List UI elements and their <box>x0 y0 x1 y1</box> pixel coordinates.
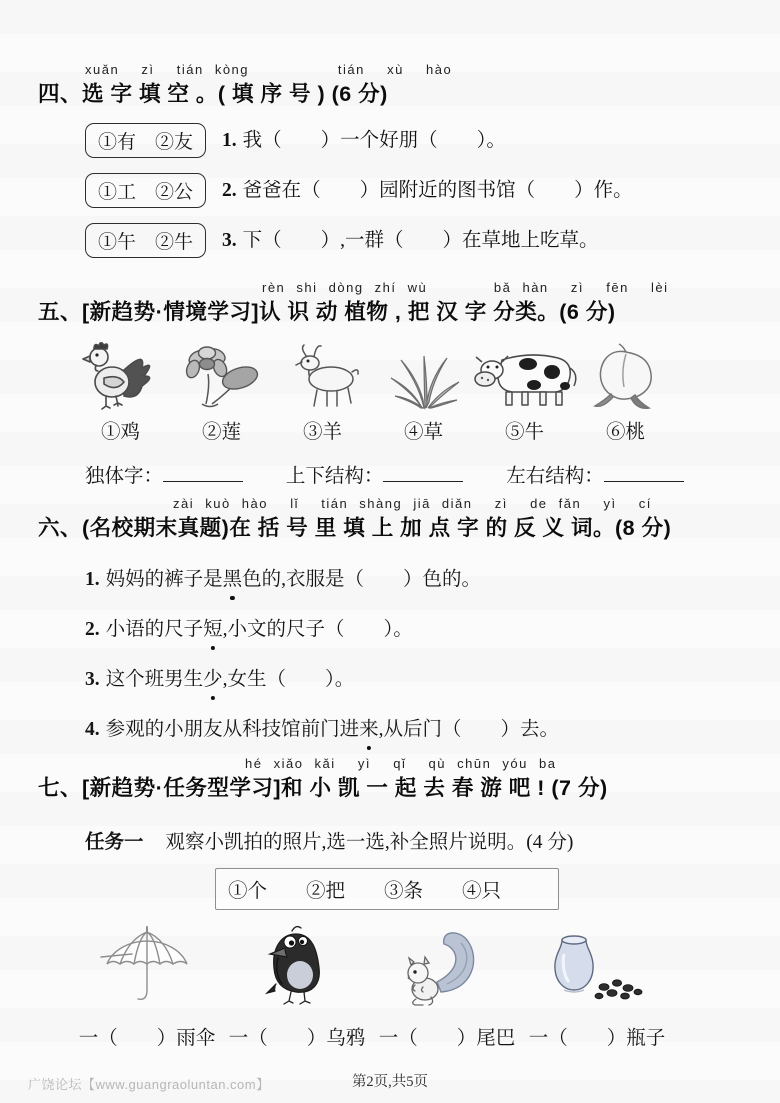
q6-item-1-dotted-char: 黑 <box>223 566 243 594</box>
q7-task-text: 观察小凯拍的照片,选一选,补全照片说明。(4 分) <box>166 832 574 853</box>
q6-item-2-dotted-char: 短 <box>203 616 223 644</box>
q7-photo-vase-label: 一（ ）瓶子 <box>529 1022 666 1050</box>
q6-title: 六、(名校期末真题)在 括 号 里 填 上 加 点 字 的 反 义 词。(8 分… <box>38 514 780 542</box>
q4-row-1: ①有 ②友 1.我（ ）一个好朋（ ）。 <box>85 123 780 158</box>
worksheet-page: xuǎn zì tián kòng tián xù hào 四、选 字 填 空 … <box>0 0 780 1103</box>
q5-picture-goat: ③羊 <box>272 336 373 444</box>
q7-pinyin: hé xiǎo kǎi yì qǐ qù chūn yóu ba <box>245 756 780 772</box>
q6-item-4-dotted-char: 来 <box>359 716 379 744</box>
q5-picture-grass: ④草 <box>373 336 474 444</box>
q4-choice-box-3: ①午 ②牛 <box>85 223 206 258</box>
q6-pinyin: zài kuò hào lǐ tián shàng jiā diǎn zì de… <box>173 496 780 512</box>
q5-pinyin: rèn shi dòng zhí wù bǎ hàn zì fēn lèi <box>262 280 780 296</box>
cow-icon <box>472 336 578 412</box>
section-q5: rèn shi dòng zhí wù bǎ hàn zì fēn lèi 五、… <box>0 280 780 488</box>
q7-photo-umbrella: 一（ ）雨伞 <box>72 920 222 1050</box>
q4-item-1-number: 1. <box>222 130 237 151</box>
q7-photo-crow: 一（ ）乌鸦 <box>222 920 372 1050</box>
section-q4: xuǎn zì tián kòng tián xù hào 四、选 字 填 空 … <box>0 62 780 258</box>
q7-photo-squirrel-label: 一（ ）尾巴 <box>379 1022 516 1050</box>
q5-blank-label-1: 独体字： <box>85 466 163 487</box>
q5-picture-peach-label: ⑥桃 <box>606 416 645 444</box>
q5-blank-label-2: 上下结构： <box>286 466 384 487</box>
q7-photo-squirrel: 一（ ）尾巴 <box>372 920 522 1050</box>
q4-item-3-number: 3. <box>222 230 237 251</box>
q4-choice-box-2: ①工 ②公 <box>85 173 206 208</box>
q5-blank-line-1 <box>163 466 243 482</box>
q5-title: 五、[新趋势·情境学习]认 识 动 植物 , 把 汉 字 分类。(6 分) <box>38 298 780 326</box>
squirrel-icon <box>401 920 493 1008</box>
q5-picture-chicken-label: ①鸡 <box>101 416 140 444</box>
q5-blank-label-3: 左右结构： <box>506 466 604 487</box>
q6-item-4: 4.参观的小朋友从科技馆前门进来,从后门（ ）去。 <box>85 716 780 744</box>
q6-item-1-number: 1. <box>85 569 100 590</box>
q6-item-4-pre: 参观的小朋友从科技馆前门进 <box>106 719 360 740</box>
q7-photo-row: 一（ ）雨伞 <box>72 920 780 1050</box>
q5-picture-chicken: ①鸡 <box>70 336 171 444</box>
peach-icon <box>593 336 659 412</box>
q5-picture-grass-label: ④草 <box>404 416 443 444</box>
section-q6: zài kuò hào lǐ tián shàng jiā diǎn zì de… <box>0 496 780 766</box>
q7-task-label: 任务一 <box>85 832 144 853</box>
q4-row-2: ①工 ②公 2.爸爸在（ ）园附近的图书馆（ ）作。 <box>85 173 780 208</box>
q6-item-3-post: ,女生（ ）。 <box>223 669 355 690</box>
q5-blank-line-2 <box>383 466 463 482</box>
q7-photo-umbrella-label: 一（ ）雨伞 <box>79 1022 216 1050</box>
q4-item-2-text: 爸爸在（ ）园附近的图书馆（ ）作。 <box>243 180 633 201</box>
q5-answer-line: 独体字： 上下结构： 左右结构： <box>85 460 780 488</box>
q6-item-1-pre: 妈妈的裤子是 <box>106 569 223 590</box>
q4-item-1-text: 我（ ）一个好朋（ ）。 <box>243 130 506 151</box>
q5-picture-cow-label: ⑤牛 <box>505 416 544 444</box>
q6-item-3: 3.这个班男生少,女生（ ）。 <box>85 666 780 694</box>
q4-item-3-text: 下（ ）,一群（ ）在草地上吃草。 <box>243 230 599 251</box>
q5-picture-peach: ⑥桃 <box>575 336 676 444</box>
crow-icon <box>261 920 333 1008</box>
page-footer: 广饶论坛【www.guangraoluntan.com】 第2页,共5页 <box>0 1073 780 1093</box>
q6-item-3-number: 3. <box>85 669 100 690</box>
q5-picture-lotus: ②莲 <box>171 336 272 444</box>
q6-item-1-post: 色的,衣服是（ ）色的。 <box>242 569 481 590</box>
q6-item-2-number: 2. <box>85 619 100 640</box>
q4-title: 四、选 字 填 空 。( 填 序 号 ) (6 分) <box>38 80 780 108</box>
grass-icon <box>379 336 469 412</box>
q5-picture-row: ①鸡 <box>70 336 780 444</box>
q6-item-2: 2.小语的尺子短,小文的尺子（ ）。 <box>85 616 780 644</box>
q4-item-2-number: 2. <box>222 180 237 201</box>
q4-pinyin: xuǎn zì tián kòng tián xù hào <box>85 62 780 78</box>
q7-photo-vase: 一（ ）瓶子 <box>522 920 672 1050</box>
q7-choice-box: ①个 ②把 ③条 ④只 <box>215 868 559 910</box>
q5-picture-goat-label: ③羊 <box>303 416 342 444</box>
q6-item-2-pre: 小语的尺子 <box>106 619 204 640</box>
q6-item-4-number: 4. <box>85 719 100 740</box>
q5-picture-cow: ⑤牛 <box>474 336 575 444</box>
footer-page-number: 第2页,共5页 <box>0 1070 780 1091</box>
q6-item-2-post: ,小文的尺子（ ）。 <box>223 619 413 640</box>
q6-item-4-post: ,从后门（ ）去。 <box>379 719 559 740</box>
lotus-icon <box>176 336 268 412</box>
rooster-icon <box>82 336 160 412</box>
goat-icon <box>279 336 367 412</box>
q7-photo-crow-label: 一（ ）乌鸦 <box>229 1022 366 1050</box>
q6-item-3-dotted-char: 少 <box>203 666 223 694</box>
q7-task-line: 任务一观察小凯拍的照片,选一选,补全照片说明。(4 分) <box>85 826 780 854</box>
q6-item-3-pre: 这个班男生 <box>106 669 204 690</box>
q5-picture-lotus-label: ②莲 <box>202 416 241 444</box>
q5-blank-line-3 <box>604 466 684 482</box>
section-q7: hé xiǎo kǎi yì qǐ qù chūn yóu ba 七、[新趋势·… <box>0 756 780 1050</box>
q4-row-3: ①午 ②牛 3.下（ ）,一群（ ）在草地上吃草。 <box>85 223 780 258</box>
q6-item-1: 1.妈妈的裤子是黑色的,衣服是（ ）色的。 <box>85 566 780 594</box>
q4-choice-box-1: ①有 ②友 <box>85 123 206 158</box>
q7-title: 七、[新趋势·任务型学习]和 小 凯 一 起 去 春 游 吧 ! (7 分) <box>38 774 780 802</box>
umbrella-icon <box>99 920 195 1008</box>
vase-icon <box>542 920 652 1008</box>
